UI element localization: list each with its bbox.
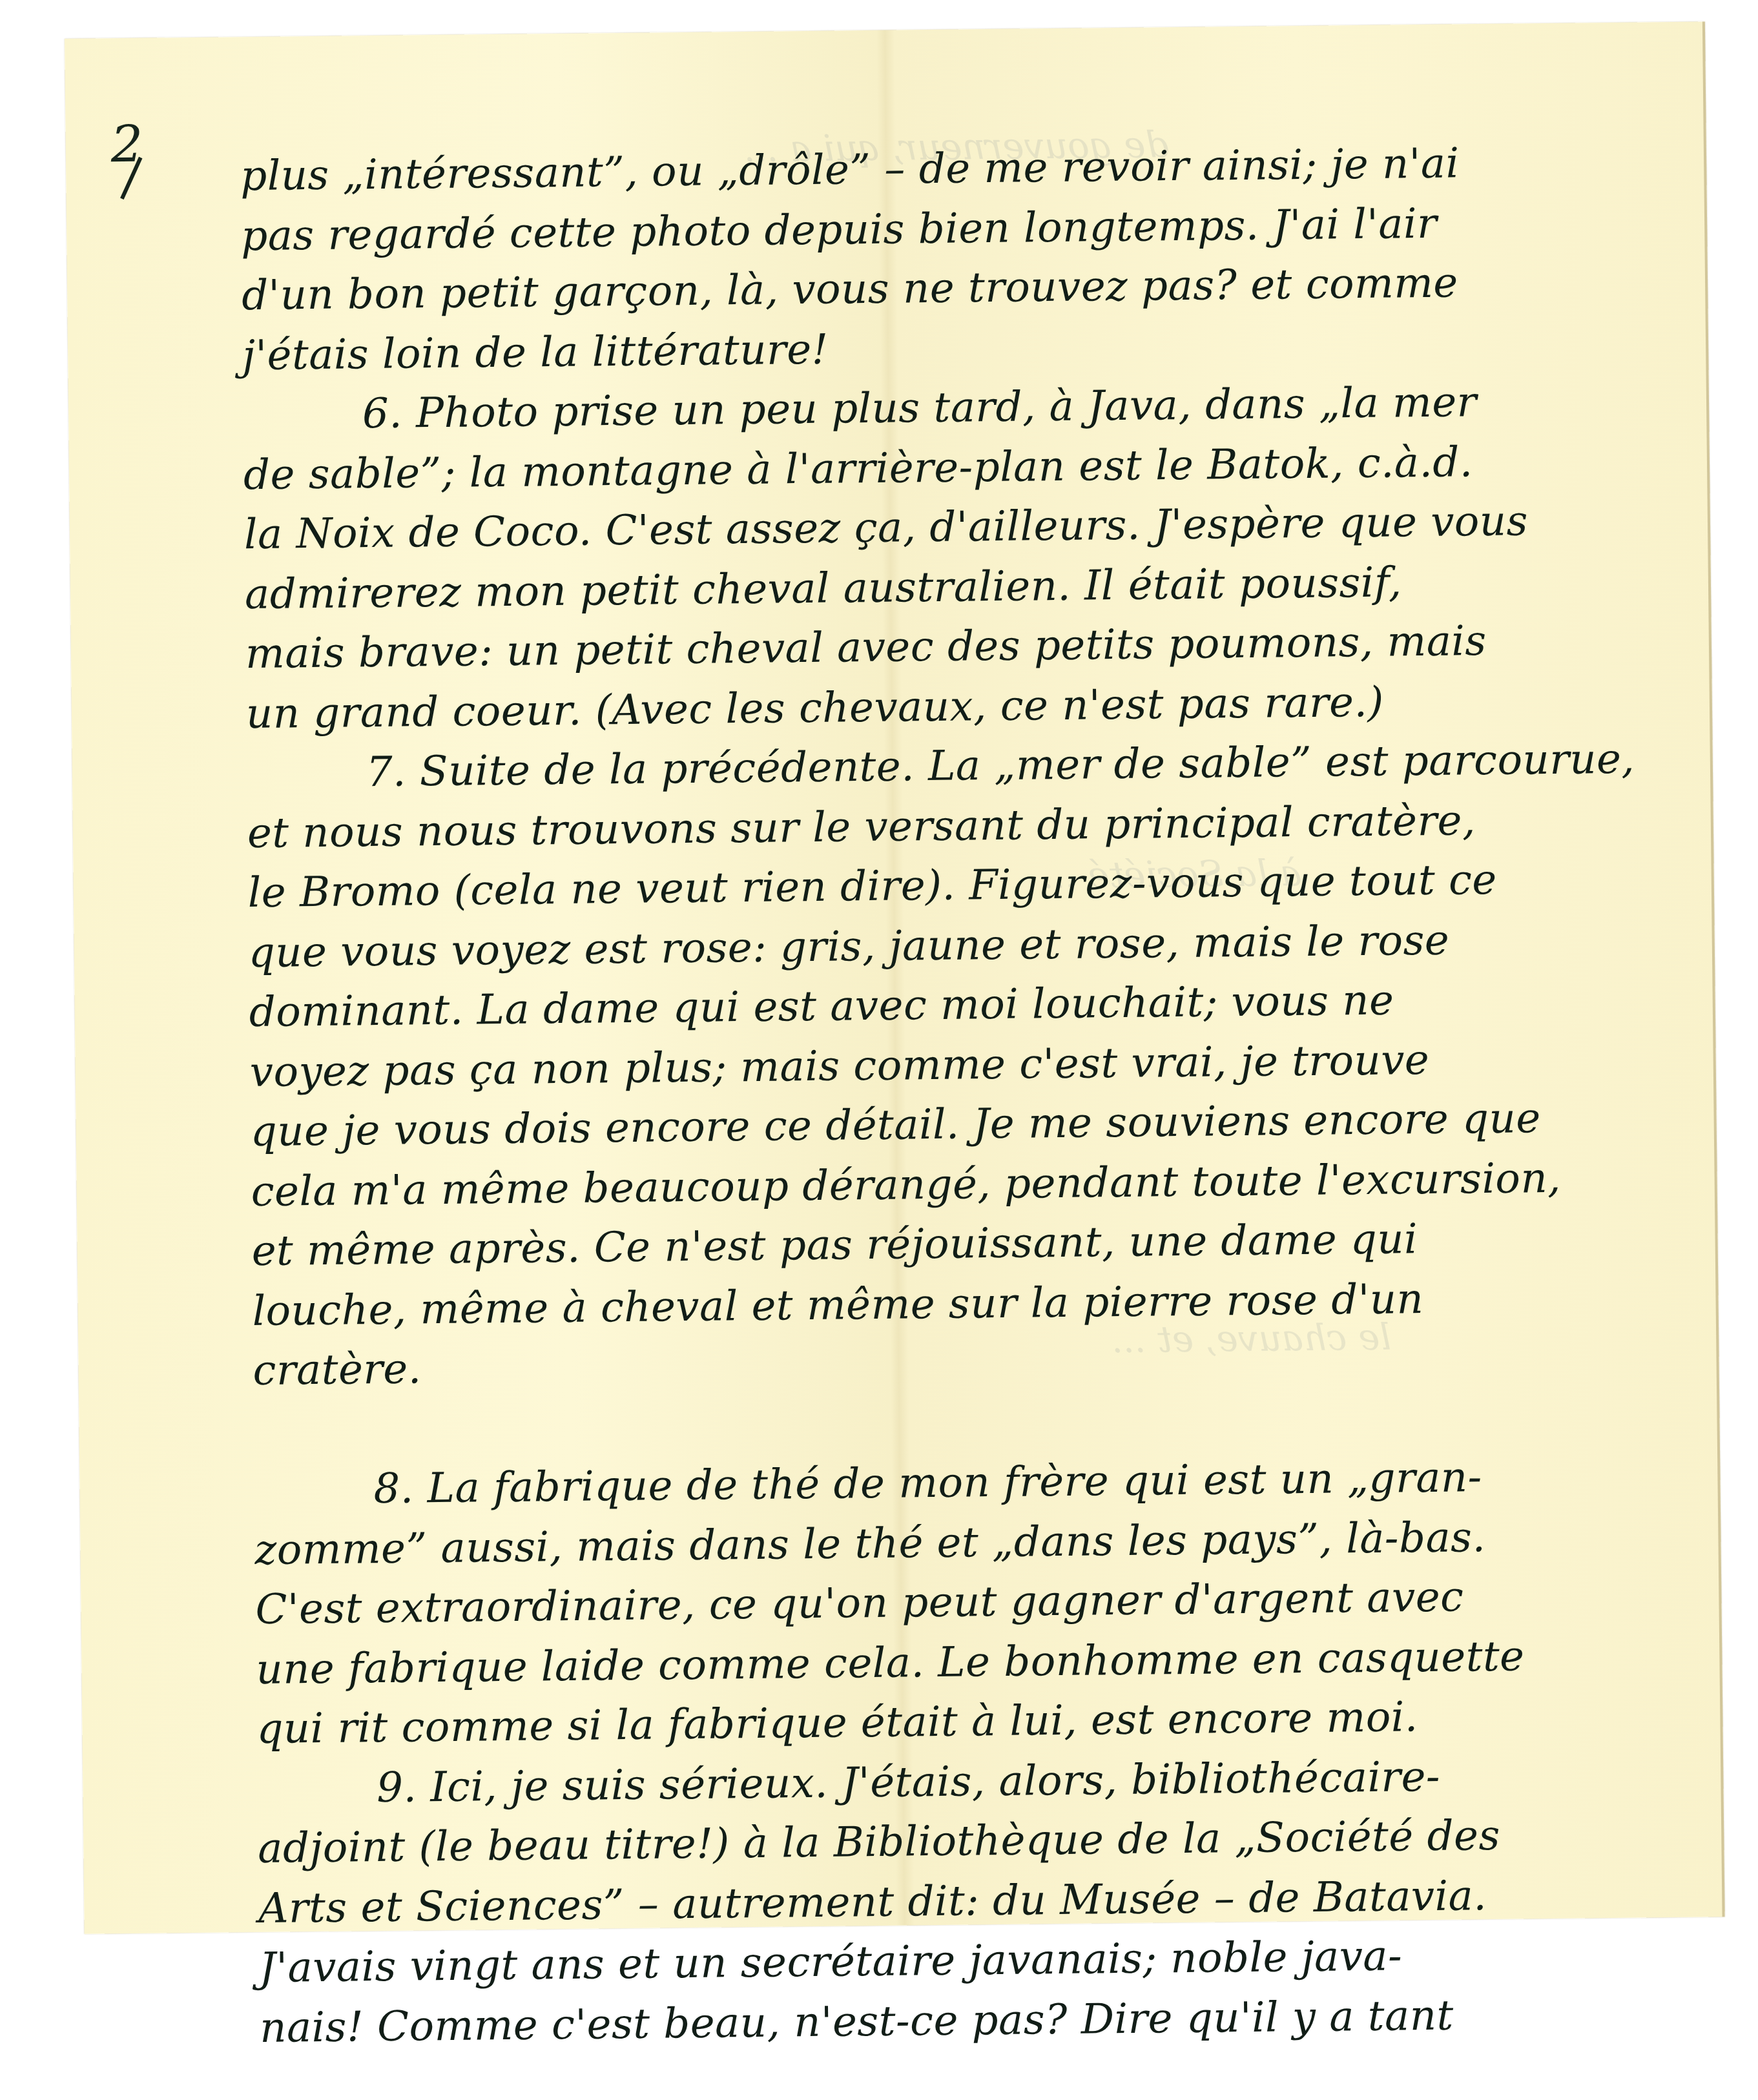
letter-body: plus „intéressant”, ou „drôle” – de me r…: [240, 132, 1694, 2058]
letter-page: de gouverneur, qui a ... à la Société ..…: [65, 21, 1725, 1933]
page-number: 2: [110, 116, 143, 174]
